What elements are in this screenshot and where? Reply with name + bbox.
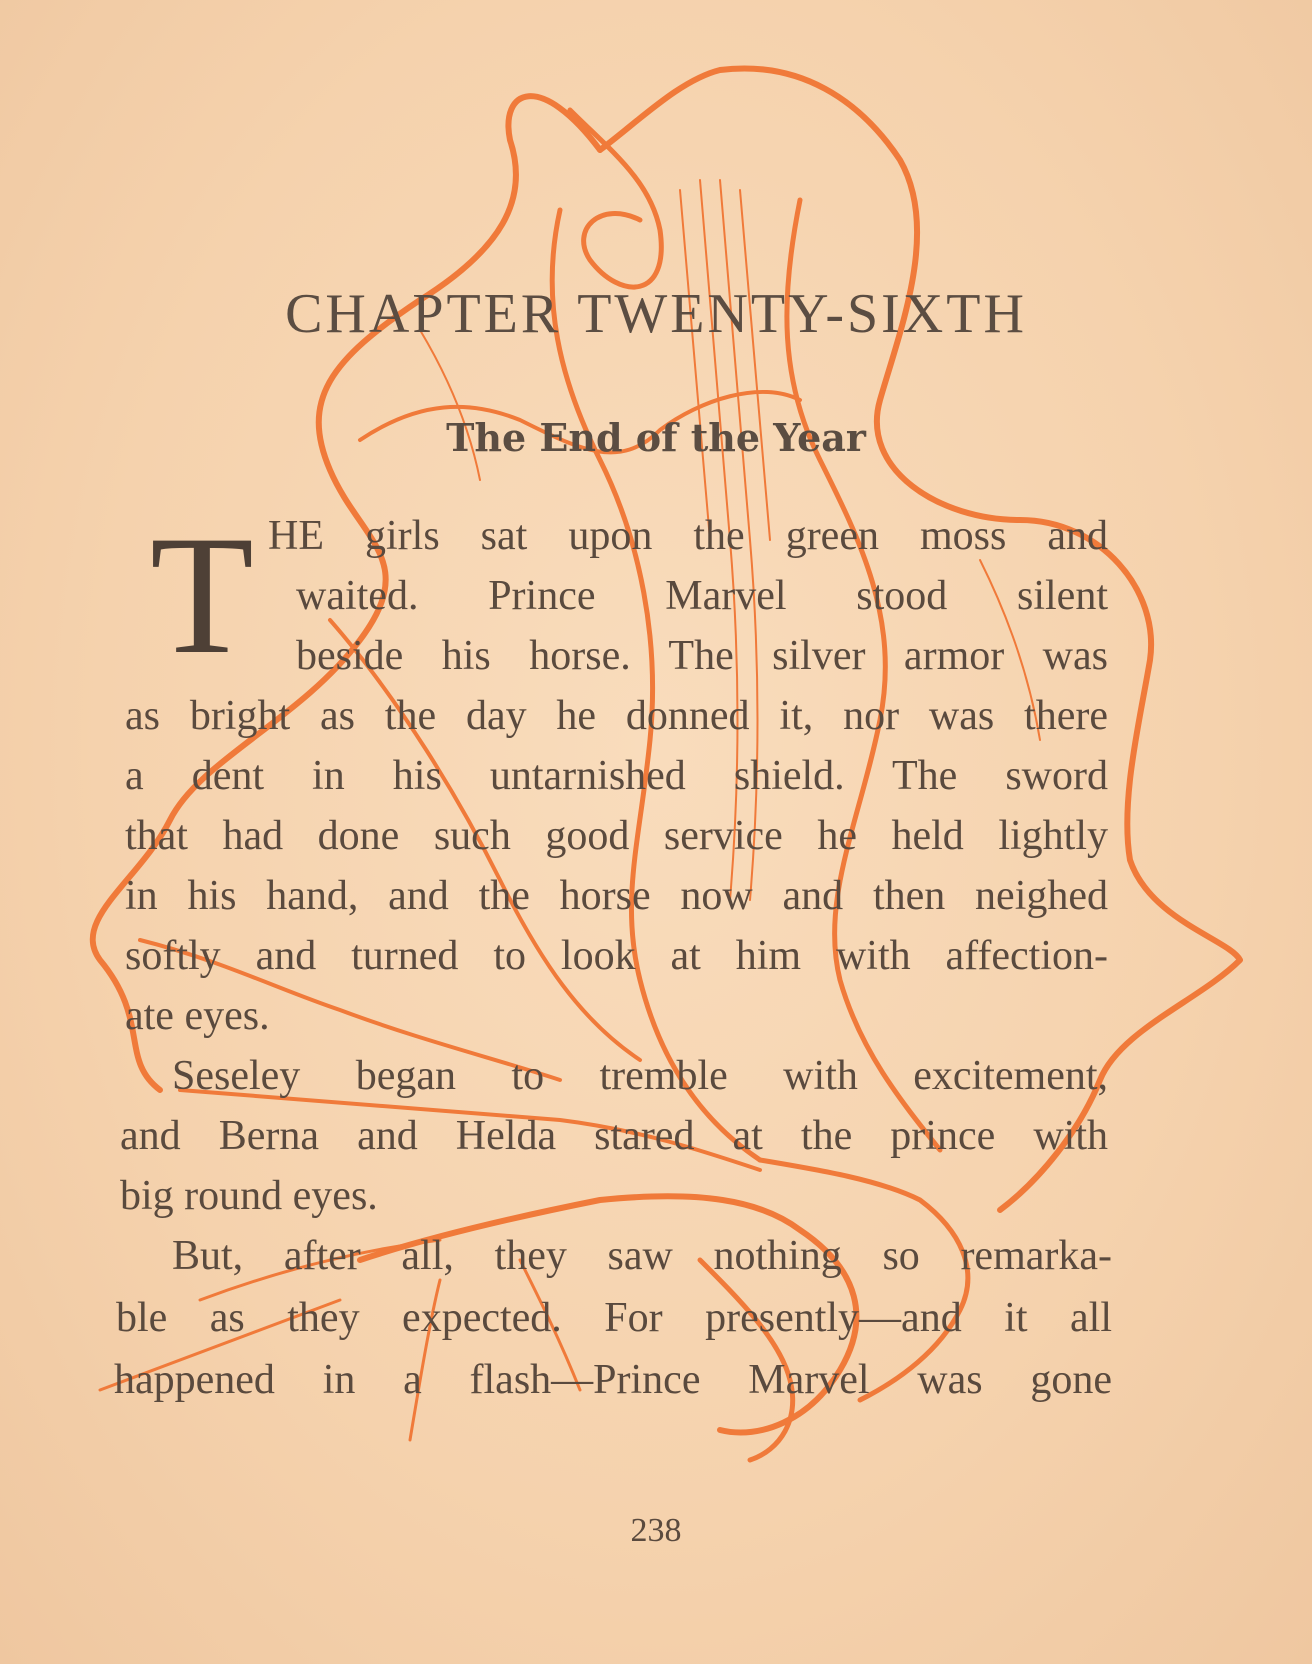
text-line: and Berna and Helda stared at the prince… <box>120 1112 1108 1160</box>
text-line: as bright as the day he donned it, nor w… <box>125 692 1108 740</box>
text-line: ate eyes. <box>125 992 270 1040</box>
text-line: waited. Prince Marvel stood silent <box>296 572 1108 620</box>
text-line: Seseley began to tremble with excitement… <box>172 1052 1108 1100</box>
drop-cap: T <box>150 520 254 670</box>
text-line: happened in a flash—Prince Marvel was go… <box>114 1356 1112 1404</box>
chapter-subtitle: The End of the Year <box>0 415 1312 460</box>
chapter-title: CHAPTER TWENTY-SIXTH <box>0 282 1312 346</box>
text-line: HE girls sat upon the green moss and <box>268 512 1108 560</box>
text-line: But, after all, they saw nothing so rema… <box>172 1232 1112 1280</box>
text-line: ble as they expected. For presently—and … <box>116 1294 1112 1342</box>
page-number: 238 <box>0 1512 1312 1550</box>
text-line: a dent in his untarnished shield. The sw… <box>125 752 1108 800</box>
text-line: softly and turned to look at him with af… <box>125 932 1108 980</box>
text-line: beside his horse. The silver armor was <box>296 632 1108 680</box>
text-line: big round eyes. <box>120 1172 378 1220</box>
text-line: in his hand, and the horse now and then … <box>125 872 1108 920</box>
text-line: that had done such good service he held … <box>125 812 1108 860</box>
